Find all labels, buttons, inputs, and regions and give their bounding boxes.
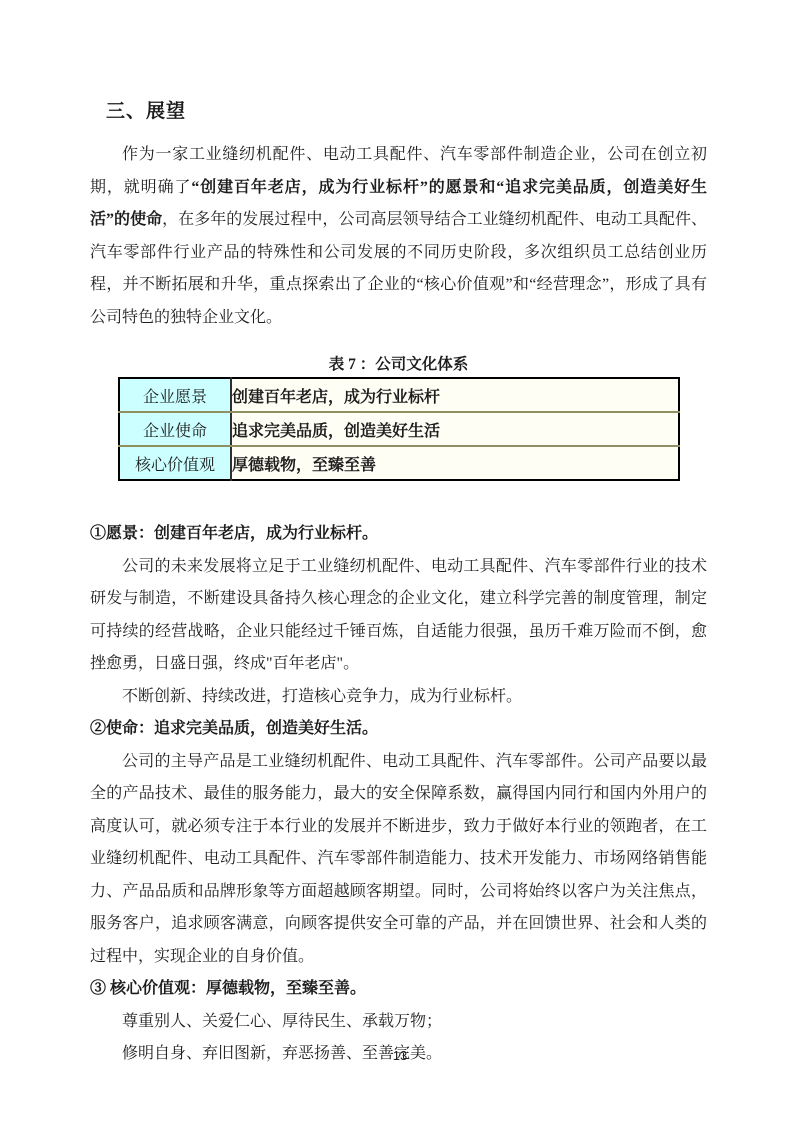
vision-heading: ①愿景：创建百年老店，成为行业标杆。: [90, 518, 707, 551]
section-heading: 三、展望: [106, 96, 707, 123]
page-content: 三、展望 作为一家工业缝纫机配件、电动工具配件、汽车零部件制造企业，公司在创立初…: [90, 96, 707, 1071]
spacer: [90, 481, 707, 518]
table-row: 企业使命 追求完美品质，创造美好生活: [119, 412, 679, 446]
vision-paragraph-2: 不断创新、持续改进，打造核心竞争力，成为行业标杆。: [90, 681, 707, 714]
table-label-vision: 企业愿景: [119, 378, 231, 412]
section-vision: ①愿景：创建百年老店，成为行业标杆。 公司的未来发展将立足于工业缝纫机配件、电动…: [90, 518, 707, 713]
table-label-mission: 企业使命: [119, 412, 231, 446]
table-row: 企业愿景 创建百年老店，成为行业标杆: [119, 378, 679, 412]
spacer: [90, 334, 707, 347]
core-values-line-1: 尊重别人、关爱仁心、厚待民生、承载万物；: [90, 1006, 707, 1039]
mission-heading: ②使命：追求完美品质，创造美好生活。: [90, 713, 707, 746]
intro-paragraph: 作为一家工业缝纫机配件、电动工具配件、汽车零部件制造企业，公司在创立初期，就明确…: [90, 139, 707, 334]
table-value-values: 厚德载物，至臻至善: [231, 446, 679, 480]
table-row: 核心价值观 厚德载物，至臻至善: [119, 446, 679, 480]
table-value-mission: 追求完美品质，创造美好生活: [231, 412, 679, 446]
table-title: 表 7 ：公司文化体系: [90, 352, 707, 374]
mission-paragraph: 公司的主导产品是工业缝纫机配件、电动工具配件、汽车零部件。公司产品要以最全的产品…: [90, 746, 707, 974]
section-mission: ②使命：追求完美品质，创造美好生活。 公司的主导产品是工业缝纫机配件、电动工具配…: [90, 713, 707, 973]
culture-table: 企业愿景 创建百年老店，成为行业标杆 企业使命 追求完美品质，创造美好生活 核心…: [118, 377, 680, 481]
document-page: 三、展望 作为一家工业缝纫机配件、电动工具配件、汽车零部件制造企业，公司在创立初…: [0, 0, 800, 1131]
table-value-vision: 创建百年老店，成为行业标杆: [231, 378, 679, 412]
page-number: 13: [0, 1048, 800, 1063]
vision-paragraph: 公司的未来发展将立足于工业缝纫机配件、电动工具配件、汽车零部件行业的技术研发与制…: [90, 551, 707, 681]
core-values-heading: ③ 核心价值观：厚德载物，至臻至善。: [90, 973, 707, 1006]
intro-text-end: ，在多年的发展过程中，公司高层领导结合工业缝纫机配件、电动工具配件、汽车零部件行…: [90, 211, 707, 326]
table-label-values: 核心价值观: [119, 446, 231, 480]
